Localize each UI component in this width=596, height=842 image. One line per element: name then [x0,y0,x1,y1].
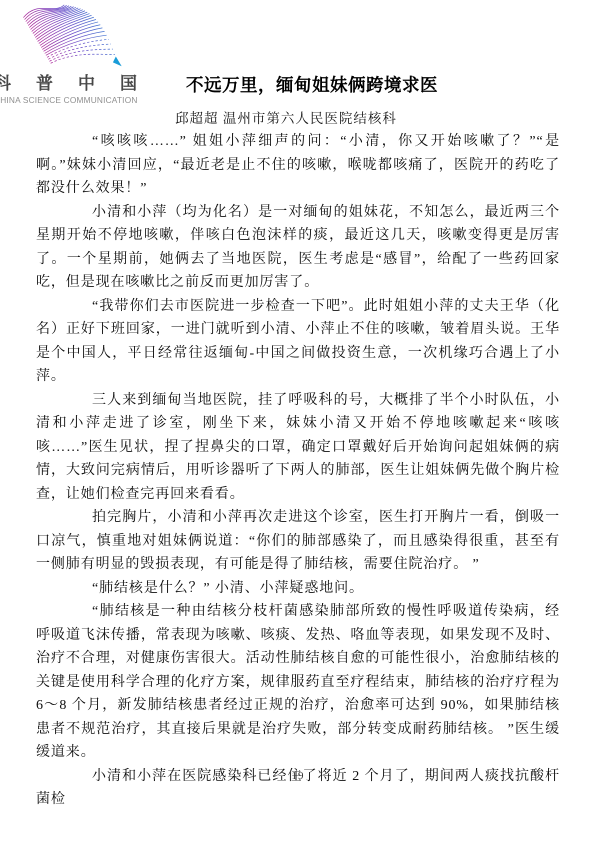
document-page: 科普中国 CHINA SCIENCE COMMUNICATION 不远万里，缅甸… [0,0,596,842]
paragraph: 三人来到缅甸当地医院，挂了呼吸科的号，大概排了半个小时队伍，小清和小萍走进了诊室… [36,389,560,507]
paragraph: “咳咳咳……” 姐姐小萍细声的问：“小清，你又开始咳嗽了？”“是啊。”妹妹小清回… [36,130,560,201]
page-number: 19 [0,770,596,782]
article-byline: 邱超超 温州市第六人民医院结核科 [0,107,584,127]
article-title: 不远万里，缅甸姐妹俩跨境求医 [14,72,596,97]
paragraph: “肺结核是一种由结核分枝杆菌感染肺部所致的慢性呼吸道传染病，经呼吸道飞沫传播，常… [36,600,560,765]
paragraph: 小清和小萍（均为化名）是一对缅甸的姐妹花，不知怎么，最近两三个星期开始不停地咳嗽… [36,201,560,295]
paragraph: “肺结核是什么？” 小清、小萍疑惑地问。 [36,577,560,601]
paragraph: 拍完胸片，小清和小萍再次走进这个诊室，医生打开胸片一看，倒吸一口凉气，慎重地对姐… [36,506,560,577]
article-body: “咳咳咳……” 姐姐小萍细声的问：“小清，你又开始咳嗽了？”“是啊。”妹妹小清回… [36,130,560,812]
logo-swoosh-icon [18,2,130,74]
paragraph: “我带你们去市医院进一步检查一下吧”。此时姐姐小萍的丈夫王华（化名）正好下班回家… [36,295,560,389]
